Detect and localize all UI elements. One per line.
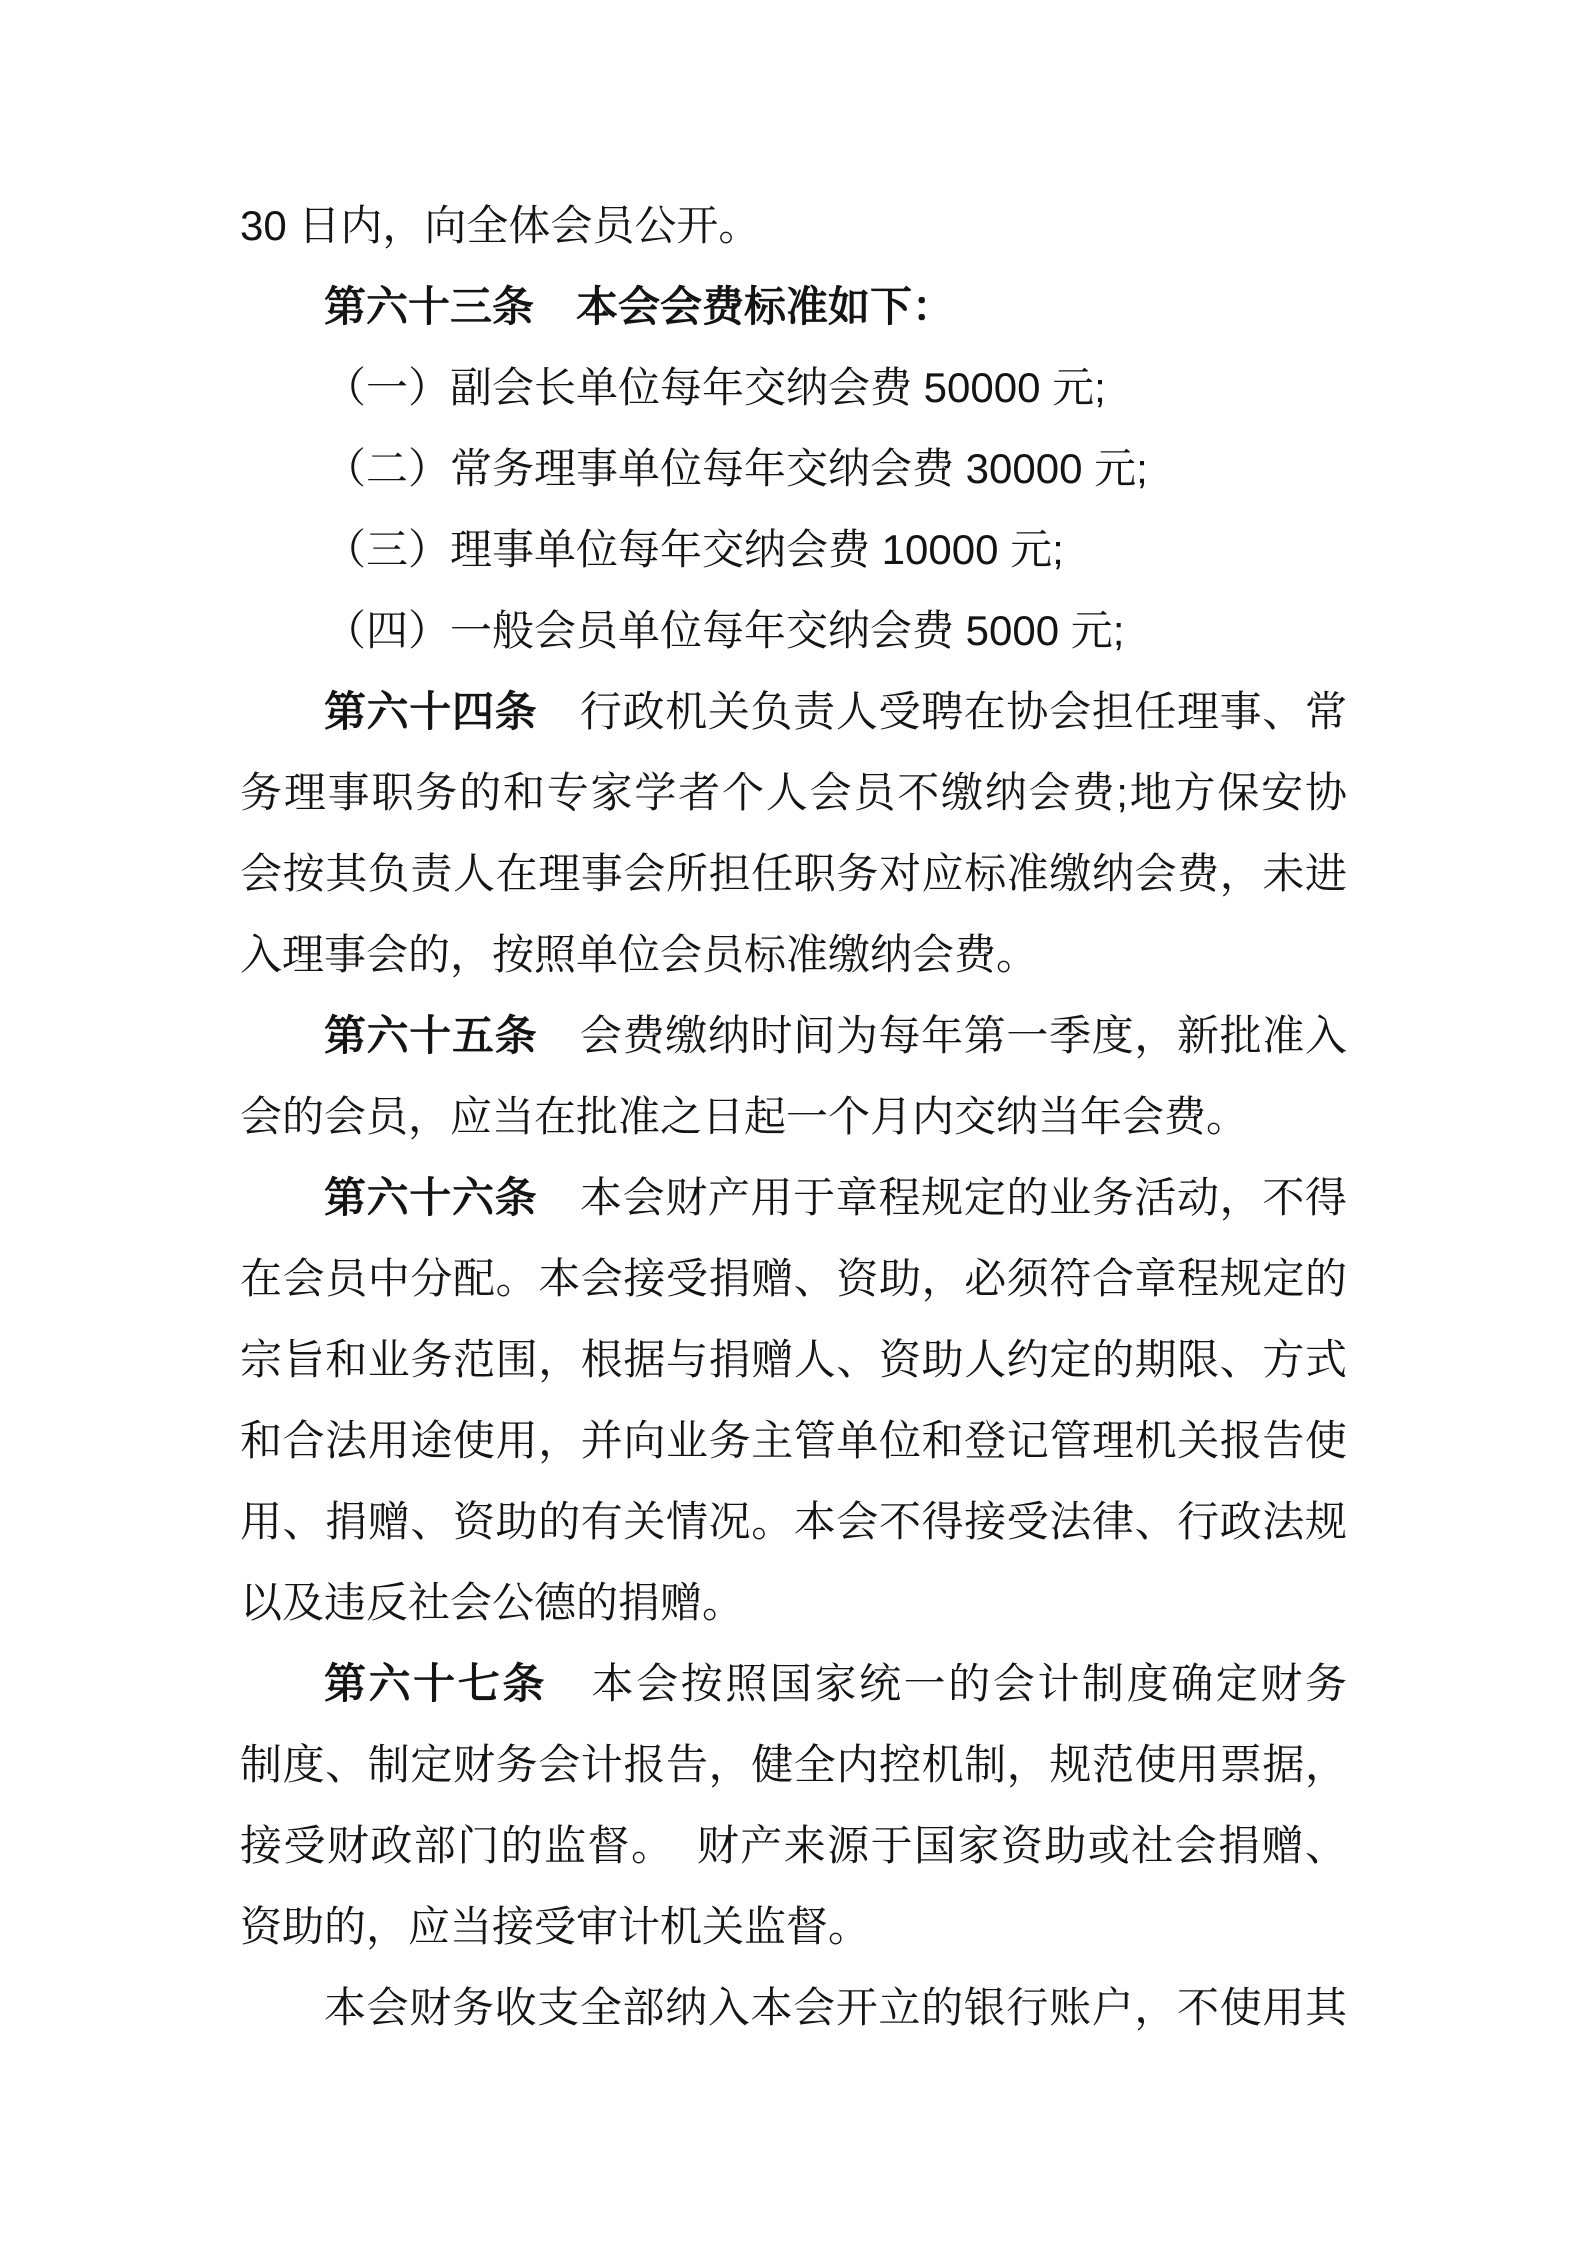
line-text: 资助的，应当接受审计机关监督。 xyxy=(240,1903,870,1950)
text-line: 用、捐赠、资助的有关情况。本会不得接受法律、行政法规 xyxy=(240,1481,1347,1562)
text-line: 第六十四条 行政机关负责人受聘在协会担任理事、常 xyxy=(240,671,1347,752)
line-text: 接受财政部门的监督。 财产来源于国家资助或社会捐赠、 xyxy=(240,1822,1347,1869)
line-text: 用、捐赠、资助的有关情况。本会不得接受法律、行政法规 xyxy=(240,1498,1347,1545)
text-line: 宗旨和业务范围，根据与捐赠人、资助人约定的期限、方式 xyxy=(240,1319,1347,1400)
line-text: 会费缴纳时间为每年第一季度，新批准入 xyxy=(537,1012,1347,1059)
text-line: 第六十五条 会费缴纳时间为每年第一季度，新批准入 xyxy=(240,995,1347,1076)
article-number: 第六十五条 xyxy=(324,1012,537,1059)
line-text: 务理事职务的和专家学者个人会员不缴纳会费;地方保安协 xyxy=(240,769,1347,816)
line-text: （二）常务理事单位每年交纳会费 30000 元; xyxy=(324,445,1148,492)
line-text: （一）副会长单位每年交纳会费 50000 元; xyxy=(324,364,1106,411)
text-line: （四）一般会员单位每年交纳会费 5000 元; xyxy=(240,590,1347,671)
line-text: （三）理事单位每年交纳会费 10000 元; xyxy=(324,526,1064,573)
line-text: 会按其负责人在理事会所担任职务对应标准缴纳会费，未进 xyxy=(240,850,1347,897)
text-line: （一）副会长单位每年交纳会费 50000 元; xyxy=(240,347,1347,428)
text-line: （二）常务理事单位每年交纳会费 30000 元; xyxy=(240,428,1347,509)
document-page: 30 日内，向全体会员公开。 第六十三条 本会会费标准如下： （一）副会长单位每… xyxy=(0,0,1587,2245)
text-line: 制度、制定财务会计报告，健全内控机制，规范使用票据， xyxy=(240,1724,1347,1805)
line-text: 本会财务收支全部纳入本会开立的银行账户，不使用其 xyxy=(324,1984,1347,2031)
line-text: 宗旨和业务范围，根据与捐赠人、资助人约定的期限、方式 xyxy=(240,1336,1347,1383)
text-line: 第六十三条 本会会费标准如下： xyxy=(240,266,1347,347)
line-text: 行政机关负责人受聘在协会担任理事、常 xyxy=(537,688,1347,735)
text-line: 第六十六条 本会财产用于章程规定的业务活动，不得 xyxy=(240,1157,1347,1238)
document-body: 30 日内，向全体会员公开。 第六十三条 本会会费标准如下： （一）副会长单位每… xyxy=(240,185,1347,2048)
text-line: 在会员中分配。本会接受捐赠、资助，必须符合章程规定的 xyxy=(240,1238,1347,1319)
text-line: 入理事会的，按照单位会员标准缴纳会费。 xyxy=(240,914,1347,995)
text-line: 资助的，应当接受审计机关监督。 xyxy=(240,1886,1347,1967)
article-number: 第六十六条 xyxy=(324,1174,537,1221)
text-line: 接受财政部门的监督。 财产来源于国家资助或社会捐赠、 xyxy=(240,1805,1347,1886)
text-line: 会按其负责人在理事会所担任职务对应标准缴纳会费，未进 xyxy=(240,833,1347,914)
line-text: 本会财产用于章程规定的业务活动，不得 xyxy=(537,1174,1347,1221)
text-line: 会的会员，应当在批准之日起一个月内交纳当年会费。 xyxy=(240,1076,1347,1157)
line-text: （四）一般会员单位每年交纳会费 5000 元; xyxy=(324,607,1124,654)
article-number: 第六十七条 xyxy=(324,1660,547,1707)
article-number: 第六十四条 xyxy=(324,688,537,735)
text-line: 本会财务收支全部纳入本会开立的银行账户，不使用其 xyxy=(240,1967,1347,2048)
text-line: 以及违反社会公德的捐赠。 xyxy=(240,1562,1347,1643)
line-text: 在会员中分配。本会接受捐赠、资助，必须符合章程规定的 xyxy=(240,1255,1347,1302)
article-number: 第六十三条 本会会费标准如下： xyxy=(324,283,954,330)
line-text: 和合法用途使用，并向业务主管单位和登记管理机关报告使 xyxy=(240,1417,1347,1464)
line-text: 会的会员，应当在批准之日起一个月内交纳当年会费。 xyxy=(240,1093,1248,1140)
text-line: 第六十七条 本会按照国家统一的会计制度确定财务 xyxy=(240,1643,1347,1724)
line-text: 本会按照国家统一的会计制度确定财务 xyxy=(547,1660,1347,1707)
text-line: 和合法用途使用，并向业务主管单位和登记管理机关报告使 xyxy=(240,1400,1347,1481)
text-line: 务理事职务的和专家学者个人会员不缴纳会费;地方保安协 xyxy=(240,752,1347,833)
text-line: （三）理事单位每年交纳会费 10000 元; xyxy=(240,509,1347,590)
text-line: 30 日内，向全体会员公开。 xyxy=(240,185,1347,266)
line-text: 制度、制定财务会计报告，健全内控机制，规范使用票据， xyxy=(240,1741,1347,1788)
line-text: 入理事会的，按照单位会员标准缴纳会费。 xyxy=(240,931,1038,978)
line-text: 以及违反社会公德的捐赠。 xyxy=(240,1579,744,1626)
line-text: 30 日内，向全体会员公开。 xyxy=(240,202,760,249)
